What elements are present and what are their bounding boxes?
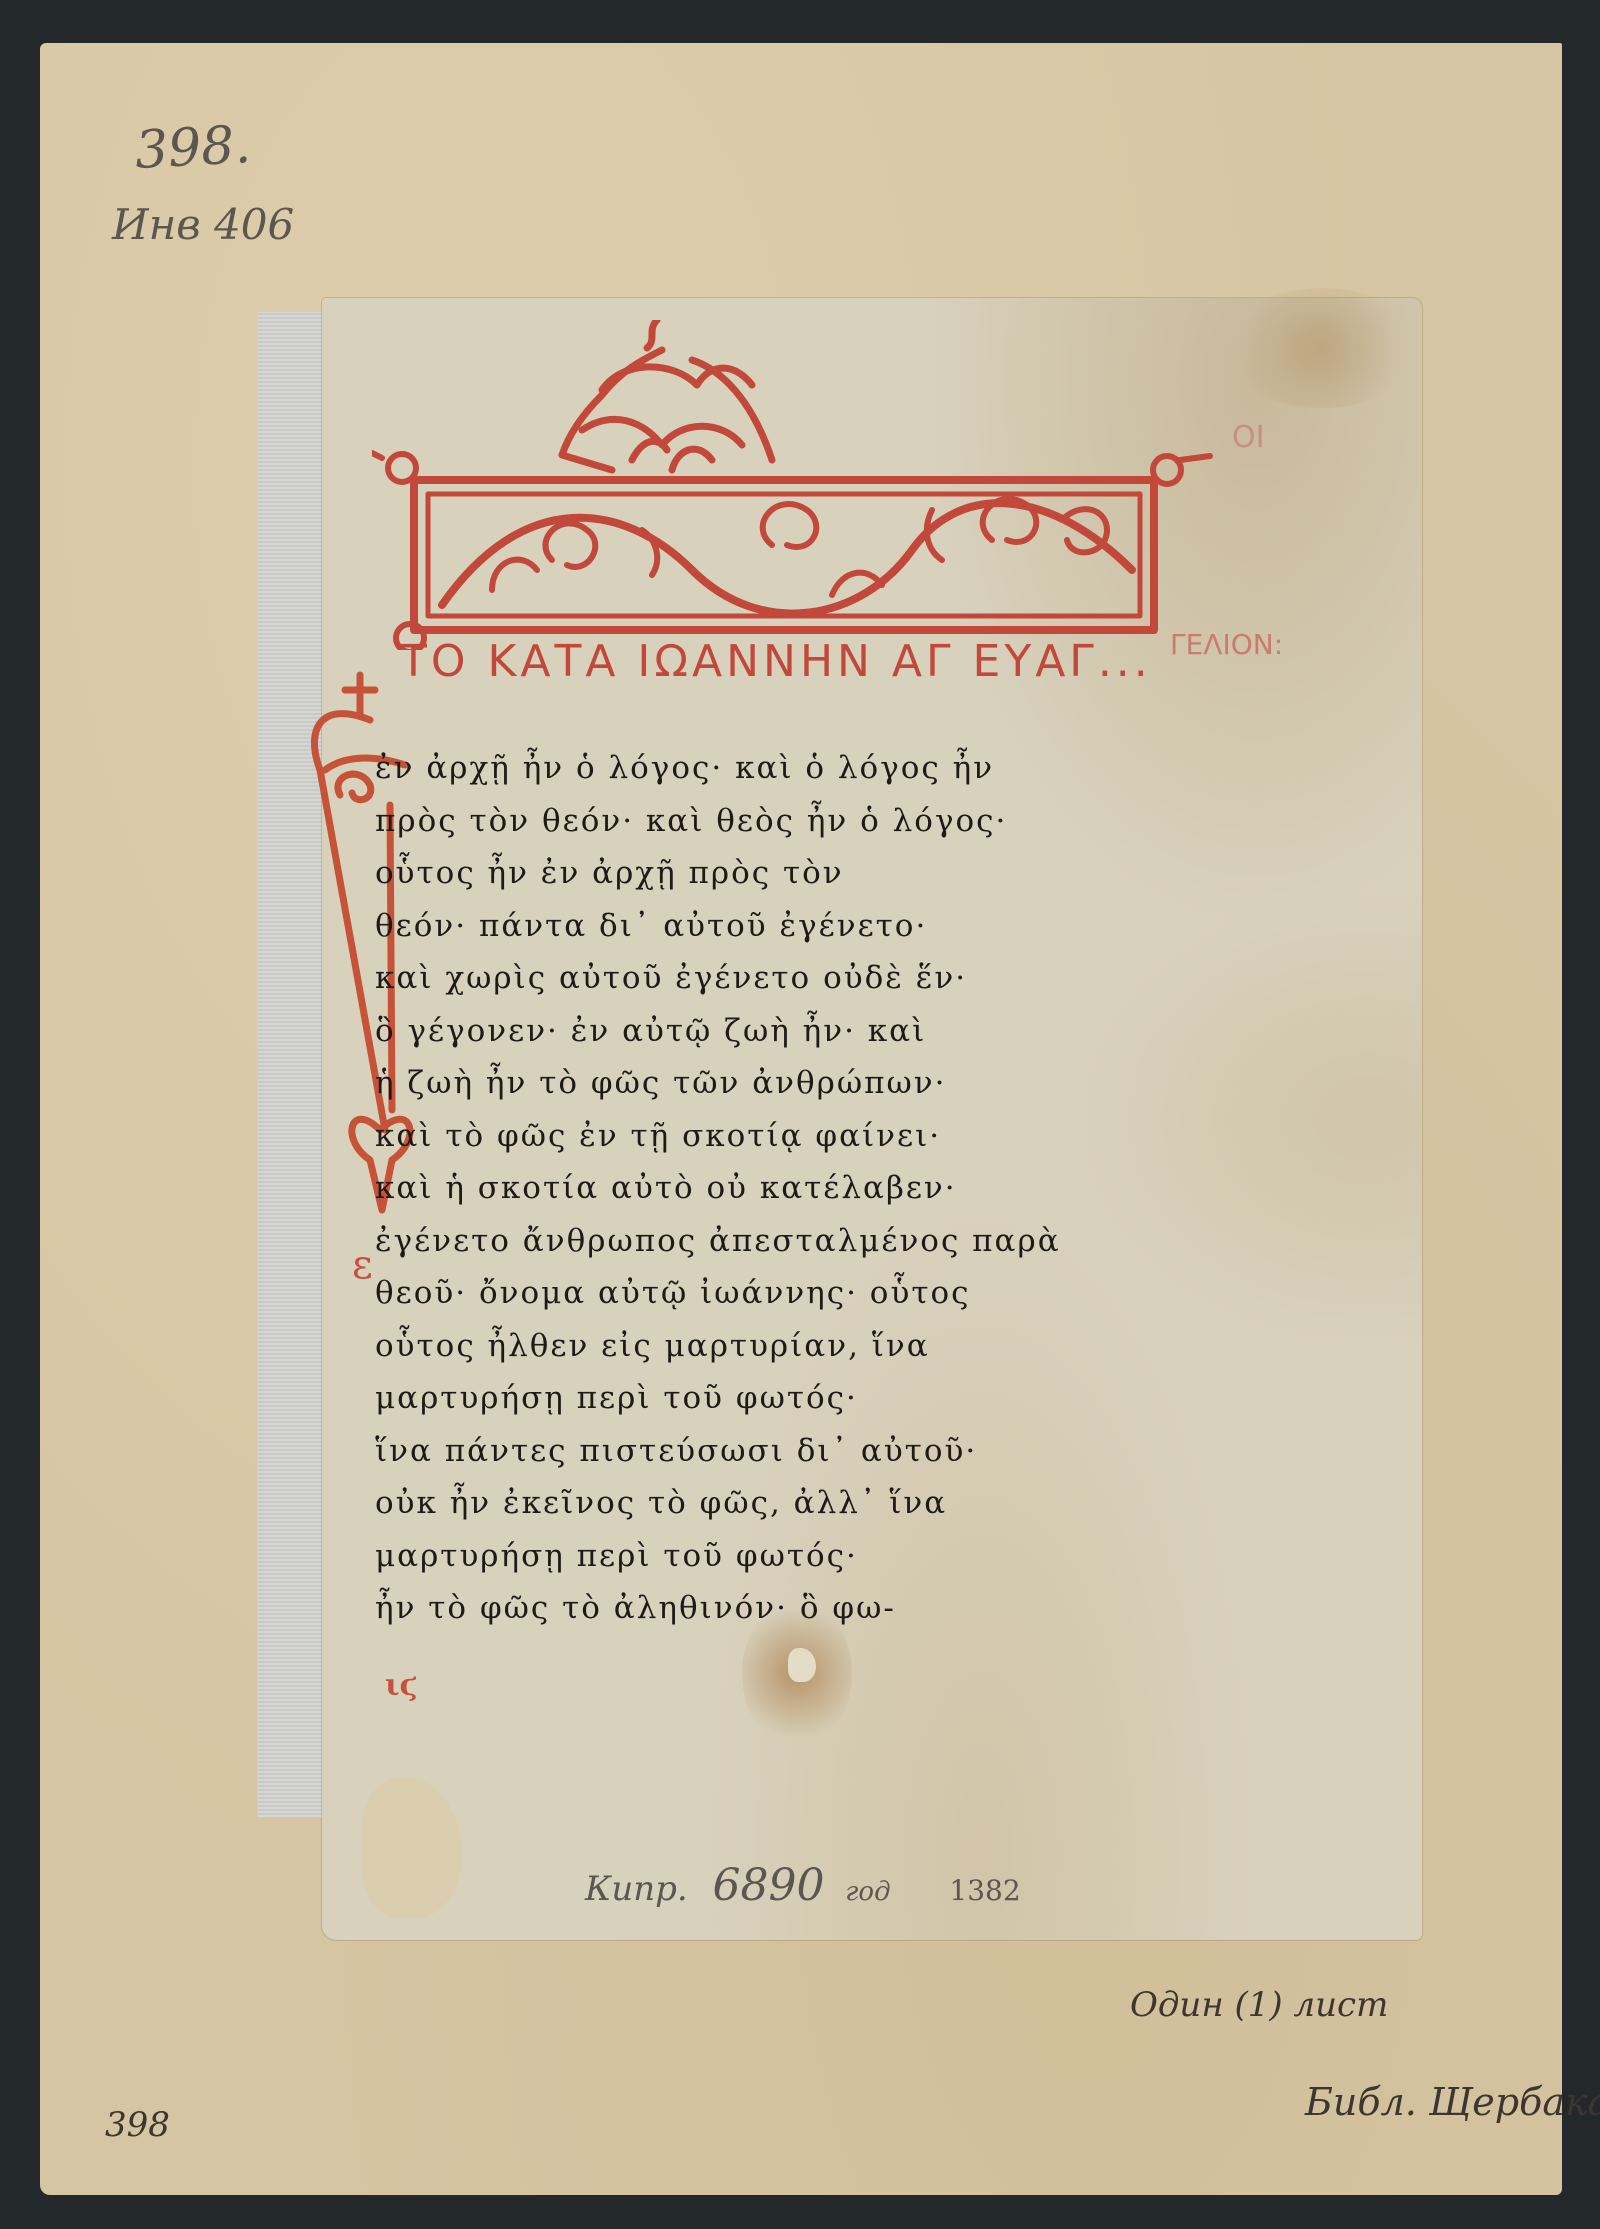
stain xyxy=(1222,288,1422,408)
text-line: ἐν ἀρχῇ ἦν ὁ λόγος· καὶ ὁ λόγος ἦν xyxy=(375,742,1255,795)
text-line: ἵνα πάντες πιστεύσωσι δι᾽ αὐτοῦ· xyxy=(375,1425,1255,1478)
text-line: ἐγένετο ἄνθρωπος ἀπεσταλμένος παρὰ xyxy=(375,1215,1255,1268)
text-line: ἦν τὸ φῶς τὸ ἀληθινόν· ὃ φω- xyxy=(375,1582,1255,1635)
text-line: καὶ χωρὶς αὐτοῦ ἐγένετο οὐδὲ ἕν· xyxy=(375,952,1255,1005)
shelfmark-top: 398. xyxy=(134,115,253,181)
inventory-note: Инв 406 xyxy=(112,200,294,249)
text-line: ὃ γέγονεν· ἐν αὐτῷ ζωὴ ἦν· καὶ xyxy=(375,1005,1255,1058)
date-note-year-am: 6890 xyxy=(713,1860,825,1911)
date-note-label: Кипр. xyxy=(585,1869,688,1909)
text-line: ἡ ζωὴ ἦν τὸ φῶς τῶν ἀνθρώπων· xyxy=(375,1057,1255,1110)
text-line: οὐκ ἦν ἐκεῖνος τὸ φῶς, ἀλλ᾽ ἵνα xyxy=(375,1477,1255,1530)
worm-hole xyxy=(788,1648,816,1682)
shelfmark-bottom: 398 xyxy=(105,2105,170,2145)
text-line: καὶ ἡ σκοτία αὐτὸ οὐ κατέλαβεν· xyxy=(375,1162,1255,1215)
text-line: οὗτος ἦν ἐν ἀρχῇ πρὸς τὸν xyxy=(375,847,1255,900)
headpiece-ornament xyxy=(372,320,1232,650)
leaf-count-note: Один (1) лист xyxy=(1130,1985,1388,2025)
title-rubric: ΤΟ ΚΑΤΑ ΙΩΑΝΝΗΝ ΑΓ ΕΥΑΓ... xyxy=(400,636,1280,687)
text-line: μαρτυρήσῃ περὶ τοῦ φωτός· xyxy=(375,1530,1255,1583)
text-line: οὗτος ἦλθεν εἰς μαρτυρίαν, ἵνα xyxy=(375,1320,1255,1373)
margin-mark-epsilon: ε xyxy=(352,1242,373,1288)
faint-rubric-right: ΟΙ xyxy=(1232,420,1264,455)
paper-loss xyxy=(362,1778,462,1918)
date-note-year-ad: 1382 xyxy=(949,1874,1020,1907)
text-line: καὶ τὸ φῶς ἐν τῇ σκοτίᾳ φαίνει· xyxy=(375,1110,1255,1163)
gospel-text: ἐν ἀρχῇ ἦν ὁ λόγος· καὶ ὁ λόγος ἦν πρὸς … xyxy=(375,742,1255,1635)
title-rubric-tail: ΓΕΛΙΟΝ: xyxy=(1170,628,1283,661)
date-note: Кипр. 6890 год 1382 xyxy=(585,1860,1021,1911)
margin-mark-number: ιϛ xyxy=(385,1668,418,1703)
text-line: θεόν· πάντα δι᾽ αὐτοῦ ἐγένετο· xyxy=(375,900,1255,953)
library-signature: Библ. Щербака xyxy=(1305,2080,1600,2124)
date-note-suffix: год xyxy=(845,1877,890,1907)
text-line: μαρτυρήσῃ περὶ τοῦ φωτός· xyxy=(375,1372,1255,1425)
text-line: πρὸς τὸν θεόν· καὶ θεὸς ἦν ὁ λόγος· xyxy=(375,795,1255,848)
text-line: θεοῦ· ὄνομα αὐτῷ ἰωάννης· οὗτος xyxy=(375,1267,1255,1320)
